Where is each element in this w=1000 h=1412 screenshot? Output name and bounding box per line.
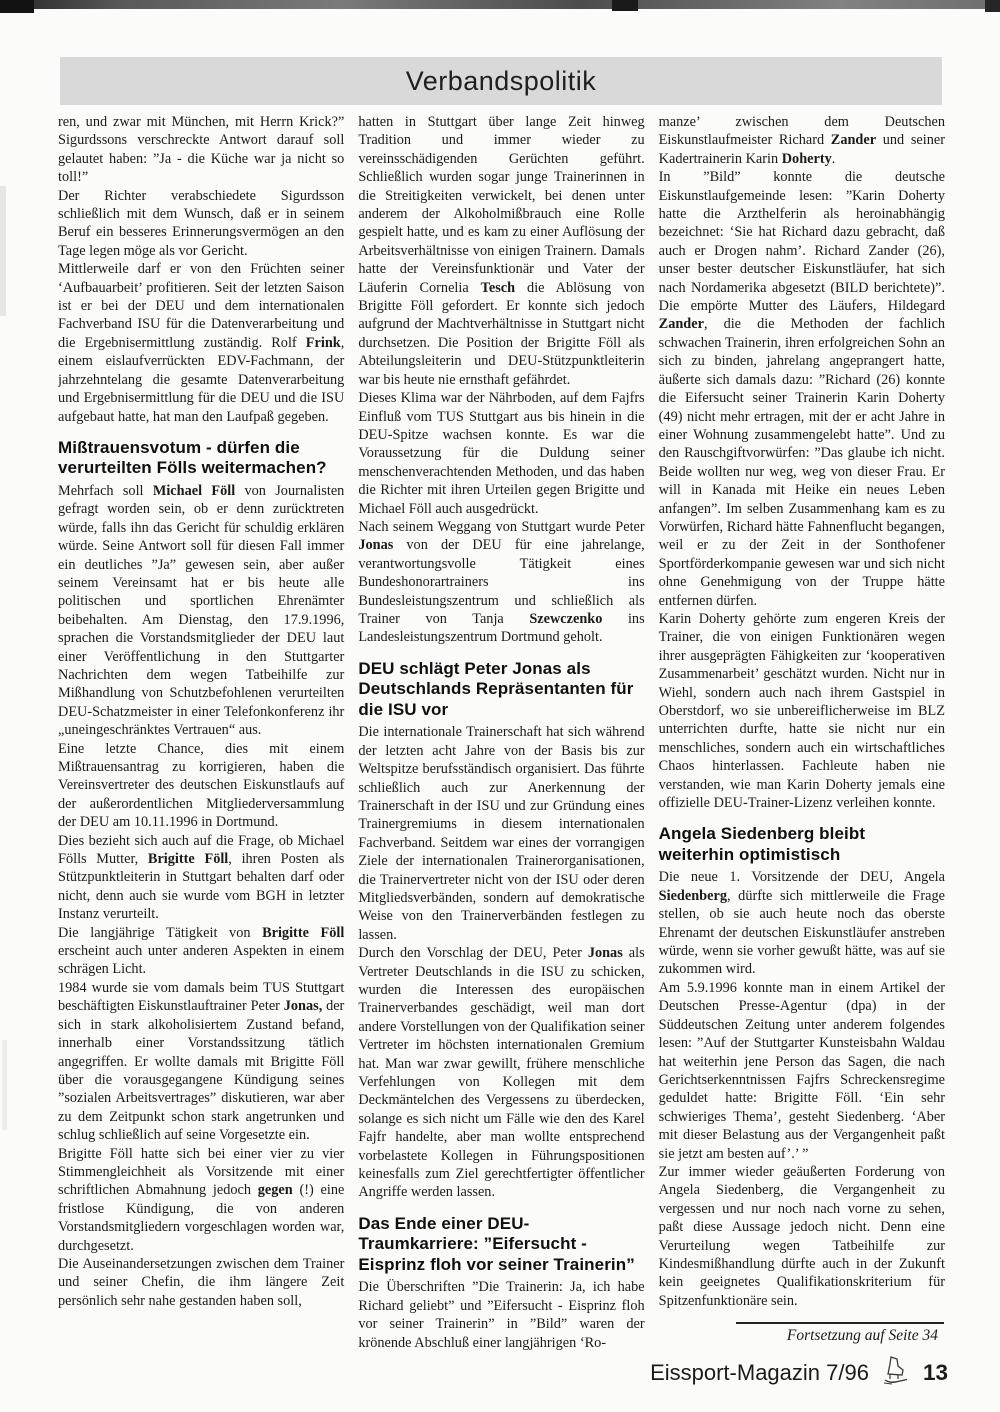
- section-heading: Mißtrauensvotum - dürfen die verurteilte…: [58, 438, 344, 479]
- scan-artifact-black-mark: [612, 0, 638, 11]
- body-paragraph: Die internationale Trainerschaft hat sic…: [358, 723, 644, 944]
- continuation-note: Fortsetzung auf Seite 34: [618, 1327, 948, 1345]
- section-heading: Angela Siedenberg bleibt weiterhin optim…: [659, 824, 945, 865]
- body-paragraph: 1984 wurde sie vom damals beim TUS Stutt…: [58, 979, 344, 1145]
- body-paragraph: Mittlerweile darf er von den Früchten se…: [58, 260, 344, 426]
- page-number: 13: [923, 1360, 948, 1386]
- body-paragraph: manze’ zwischen dem Deutschen Eiskunstla…: [659, 113, 945, 168]
- article-column-1: ren, und zwar mit München, mit Herrn Kri…: [58, 113, 344, 1406]
- ice-skate-icon: [880, 1354, 912, 1392]
- scan-artifact-smudge: [0, 186, 6, 316]
- body-paragraph: Dies bezieht sich auch auf die Frage, ob…: [58, 832, 344, 924]
- page-footer: Fortsetzung auf Seite 34 Eissport-Magazi…: [618, 1322, 948, 1392]
- body-paragraph: Die langjährige Tätigkeit von Brigitte F…: [58, 924, 344, 979]
- body-paragraph: Durch den Vorschlag der DEU, Peter Jonas…: [358, 944, 644, 1202]
- body-paragraph: Zur immer wieder geäußerten Forderung vo…: [659, 1163, 945, 1310]
- magazine-title: Eissport-Magazin 7/96: [650, 1360, 869, 1386]
- body-paragraph: Eine letzte Chance, dies mit einem Mißtr…: [58, 740, 344, 832]
- body-paragraph: Die Auseinandersetzungen zwischen dem Tr…: [58, 1255, 344, 1310]
- body-paragraph: In ”Bild” konnte die deutsche Eiskunstla…: [659, 168, 945, 610]
- body-paragraph: Brigitte Föll hatte sich bei einer vier …: [58, 1145, 344, 1255]
- continuation-rule: [736, 1322, 944, 1324]
- body-paragraph: ren, und zwar mit München, mit Herrn Kri…: [58, 113, 344, 187]
- body-paragraph: Mehrfach soll Michael Föll von Journalis…: [58, 482, 344, 740]
- section-heading: Das Ende einer DEU-Traumkarriere: ”Eifer…: [358, 1214, 644, 1276]
- article-column-3: manze’ zwischen dem Deutschen Eiskunstla…: [659, 113, 945, 1406]
- article-column-2: hatten in Stuttgart über lange Zeit hinw…: [358, 113, 644, 1406]
- section-heading: DEU schlägt Peter Jonas als Deutschlands…: [358, 659, 644, 721]
- body-paragraph: hatten in Stuttgart über lange Zeit hinw…: [358, 113, 644, 389]
- magazine-page: Verbandspolitik ren, und zwar mit Münche…: [0, 0, 1000, 1412]
- body-paragraph: Die neue 1. Vorsitzende der DEU, Angela …: [659, 868, 945, 978]
- body-paragraph: Am 5.9.1996 konnte man in einem Artikel …: [659, 979, 945, 1163]
- scan-artifact-black-mark: [0, 0, 34, 13]
- scan-artifact-smudge: [2, 1040, 7, 1130]
- scan-artifact-black-mark: [985, 0, 1000, 12]
- section-title: Verbandspolitik: [406, 66, 597, 97]
- body-paragraph: Die Überschriften ”Die Trainerin: Ja, ic…: [358, 1278, 644, 1352]
- body-paragraph: Dieses Klima war der Nährboden, auf dem …: [358, 389, 644, 518]
- magazine-footer-row: Eissport-Magazin 7/96 13: [618, 1354, 948, 1392]
- article-columns: ren, und zwar mit München, mit Herrn Kri…: [58, 113, 945, 1406]
- body-paragraph: Nach seinem Weggang von Stuttgart wurde …: [358, 518, 644, 647]
- section-header-bar: Verbandspolitik: [60, 57, 942, 105]
- body-paragraph: Karin Doherty gehörte zum engeren Kreis …: [659, 610, 945, 812]
- scan-artifact-top-strip: [0, 0, 1000, 9]
- body-paragraph: Der Richter verabschiedete Sigurdsson sc…: [58, 187, 344, 261]
